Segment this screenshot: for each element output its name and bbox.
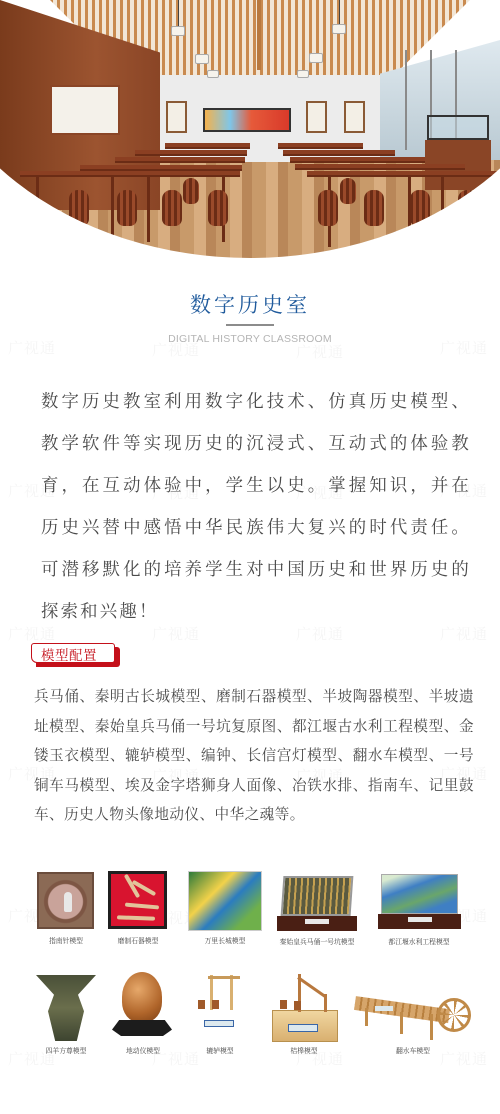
four-ram-zun-model-image [36,975,96,1041]
gallery-item-shadoof: 桔槔模型 [272,972,338,1052]
bucket [294,1001,301,1010]
gallery-item-stone-tools: 磨制石器模型 [108,871,167,951]
great-wall-model-image [188,871,262,931]
frame-post [230,975,233,1010]
bucket [198,1000,205,1009]
pendant-lamp [309,53,323,63]
front-display-screen [203,108,291,132]
wall-poster [166,101,187,133]
model-list-paragraph: 兵马俑、秦明古长城模型、磨制石器模型、半坡陶器模型、半坡遗址模型、秦始皇兵马俑一… [34,682,474,830]
gallery-caption: 桔槔模型 [244,1045,364,1055]
seismograph-base [112,1020,172,1036]
desk [290,157,425,163]
gallery-item-seismograph: 地动仪模型 [112,970,172,1050]
drum-stool [162,190,182,226]
drum-stool [458,190,478,226]
desk [135,150,247,156]
gallery-item-great-wall: 万里长城模型 [188,871,262,951]
page-subtitle-english: DIGITAL HISTORY CLASSROOM [0,333,500,345]
name-plate [375,1006,393,1011]
bucket [212,1000,219,1009]
lamp-cord [339,0,340,24]
dujiangyan-model-image [378,874,461,929]
drum-stool [69,190,89,226]
name-plate [288,1024,318,1032]
paddle-wheel [437,998,471,1032]
hero-classroom-image [0,0,500,258]
shadoof-model-image [272,972,338,1044]
page-title: 数字历史室 [0,289,500,319]
pit-surface [281,876,354,916]
red-felt-tray [111,874,164,926]
window-mullion [405,50,407,150]
gallery-item-windlass: 辘轳模型 [190,970,252,1050]
drum-stool [410,190,430,226]
title-divider [226,324,274,326]
tool-shape [117,915,155,920]
drum-stool [318,190,338,226]
pendant-lamp [195,54,209,64]
gallery-caption: 翻水车模型 [353,1045,473,1055]
hero-image-curved-frame [0,0,500,258]
drum-stool [340,178,356,204]
desk [283,150,395,156]
gallery-caption: 都江堰水利工程模型 [359,936,479,946]
name-plate [305,919,329,924]
drum-stool [208,190,228,226]
compass-model-image [37,872,94,929]
wall-poster [344,101,365,133]
desk-leg [441,177,444,242]
support-leg [430,1014,433,1040]
pendant-lamp [207,70,219,78]
desk [295,164,465,170]
gallery-item-zun: 四羊方尊模型 [36,975,96,1055]
support-leg [365,1008,368,1026]
frame-bar [208,976,240,979]
desk-leg [147,177,150,242]
name-plate [204,1020,234,1027]
pendant-lamp [332,24,346,34]
name-plate [408,917,432,922]
waterwheel-model-image [355,986,475,1046]
drum-stool [183,178,199,204]
lever-arm [297,976,327,998]
drum-stool [364,190,384,226]
windlass-model-image [190,970,252,1042]
terracotta-pit-model-image [277,876,357,931]
pendant-lamp [297,70,309,78]
desk [278,143,363,149]
intro-paragraph: 数字历史教室利用数字化技术、仿真历史模型、教学软件等实现历史的沉浸式、互动式的体… [41,381,471,633]
drum-stool [117,190,137,226]
seismograph-model-image [112,970,172,1040]
section-tag-model-config: 模型配置 [31,643,117,664]
gallery-item-waterwheel: 翻水车模型 [355,986,475,1056]
desk-leg [36,177,39,232]
desk [165,143,250,149]
seismograph-body [122,972,162,1022]
glass-display-case [427,115,489,140]
pendant-lamp [171,26,185,36]
support-leg [400,1012,403,1034]
section-tag-label: 模型配置 [41,644,97,664]
wall-poster [306,101,327,133]
stone-tools-model-image [108,871,167,929]
river-surface [381,874,458,914]
lamp-cord [178,0,179,26]
desk [307,171,500,177]
tool-shape [125,903,159,910]
gallery-item-terracotta-pit: 秦始皇兵马俑一号坑模型 [277,876,357,956]
exhibit-board [50,85,120,135]
gallery-item-dujiangyan: 都江堰水利工程模型 [378,874,461,954]
ceiling-beam [257,0,261,70]
desk [20,171,240,177]
bucket [280,1000,287,1009]
frame-post [324,994,327,1012]
desk [115,157,245,163]
desk-leg [111,177,114,242]
